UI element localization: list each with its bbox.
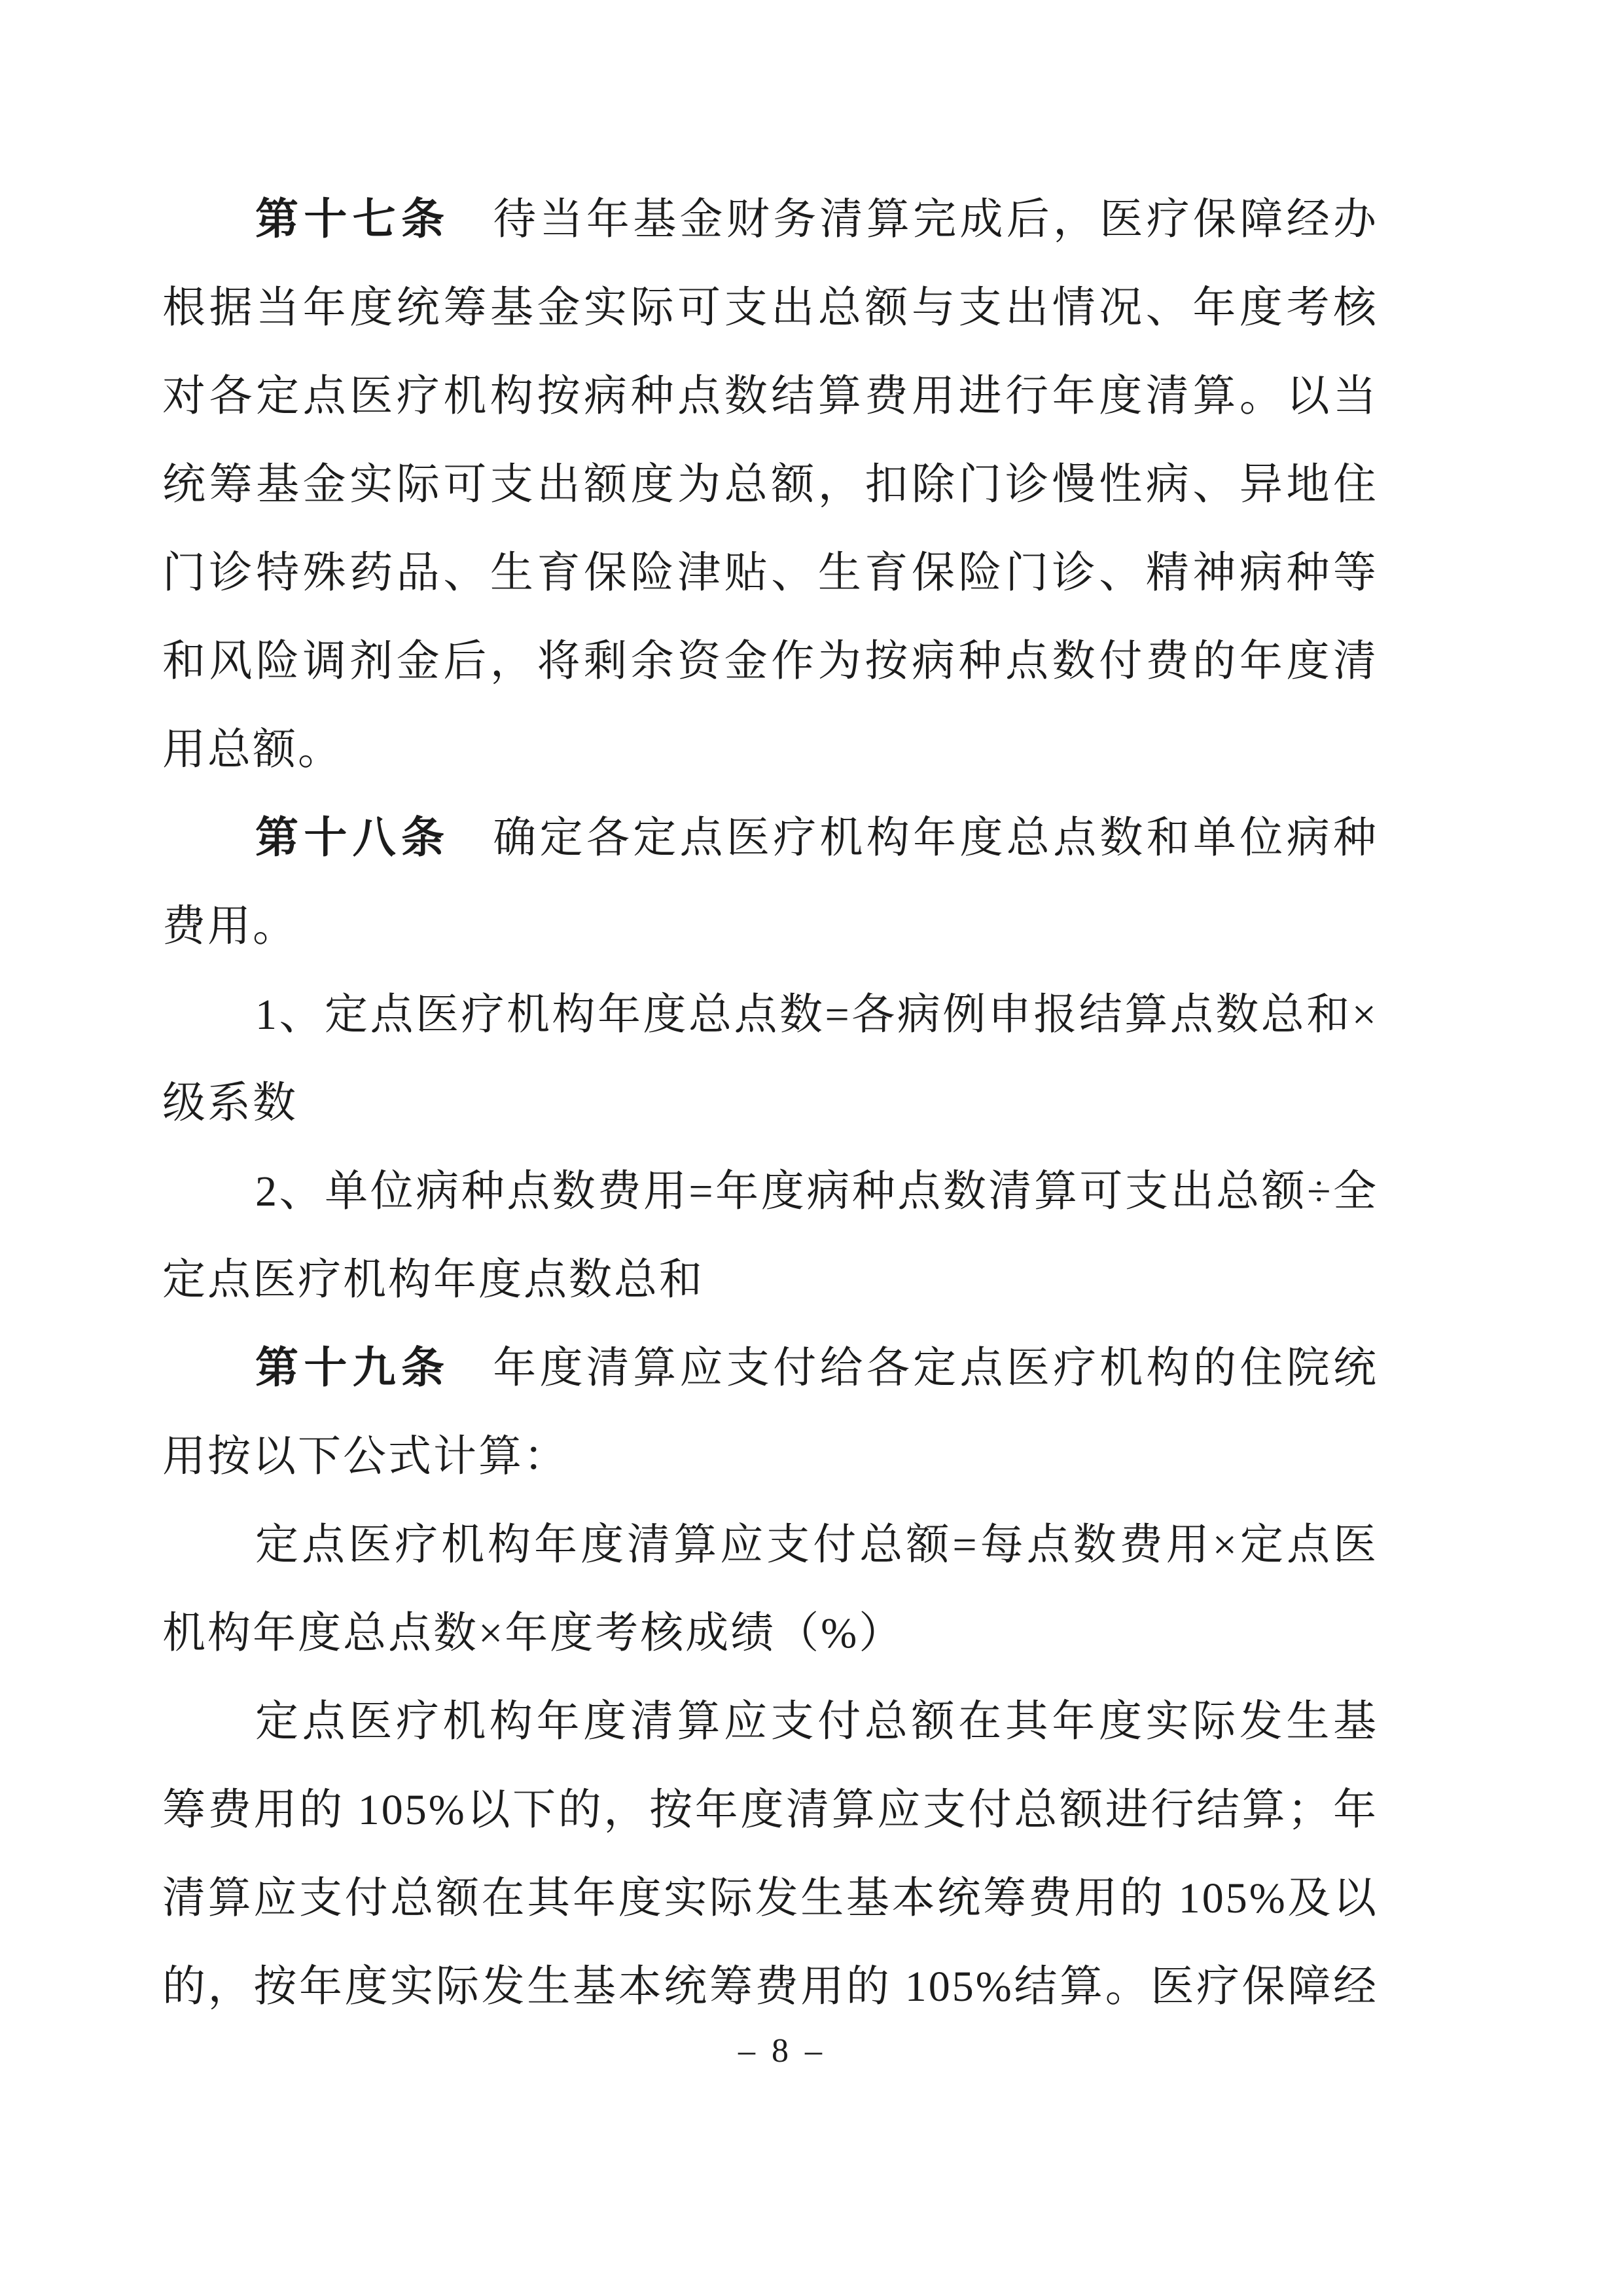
text-line: 2、单位病种点数费用=年度病种点数清算可支出总额÷全市 (162, 1147, 1378, 1236)
text-line: 统筹基金实际可支出额度为总额，扣除门诊慢性病、异地住院、 (162, 440, 1378, 529)
text-line: 定点医疗机构年度清算应支付总额=每点数费用×定点医疗 (162, 1501, 1378, 1589)
text-line: 1、定点医疗机构年度总点数=各病例申报结算点数总和×等 (162, 971, 1378, 1059)
text-line: 的，按年度实际发生基本统筹费用的 105%结算。医疗保障经办 (162, 1943, 1378, 2031)
text-line: 费用。 (162, 882, 1378, 971)
text-line: 清算应支付总额在其年度实际发生基本统筹费用的 105%及以上 (162, 1854, 1378, 1943)
text-line: 筹费用的 105%以下的，按年度清算应支付总额进行结算；年度 (162, 1766, 1378, 1854)
text-line: 第十七条待当年基金财务清算完成后，医疗保障经办机构 (162, 175, 1378, 264)
page-number: – 8 – (0, 2032, 1564, 2071)
article-number: 第十九条 (255, 1344, 450, 1392)
article-number: 第十七条 (255, 196, 450, 243)
text-line: 定点医疗机构年度清算应支付总额在其年度实际发生基本统 (162, 1677, 1378, 1766)
text-line: 用总额。 (162, 706, 1378, 794)
document-page: 第十七条待当年基金财务清算完成后，医疗保障经办机构 根据当年度统筹基金实际可支出… (0, 0, 1623, 2296)
text-line: 和风险调剂金后，将剩余资金作为按病种点数付费的年度清算可 (162, 617, 1378, 706)
text-line: 用按以下公式计算： (162, 1412, 1378, 1501)
text-line: 第十八条确定各定点医疗机构年度总点数和单位病种点数 (162, 794, 1378, 882)
document-body: 第十七条待当年基金财务清算完成后，医疗保障经办机构 根据当年度统筹基金实际可支出… (162, 175, 1378, 2031)
text-line: 门诊特殊药品、生育保险津贴、生育保险门诊、精神病种等支出 (162, 529, 1378, 617)
text-line: 第十九条年度清算应支付给各定点医疗机构的住院统筹费 (162, 1324, 1378, 1412)
text-line: 对各定点医疗机构按病种点数结算费用进行年度清算。以当年度 (162, 352, 1378, 440)
text-line: 机构年度总点数×年度考核成绩（%） (162, 1589, 1378, 1677)
text-line: 级系数 (162, 1059, 1378, 1147)
article-number: 第十八条 (255, 814, 450, 862)
text-line: 根据当年度统筹基金实际可支出总额与支出情况、年度考核情况 (162, 264, 1378, 352)
text-line: 定点医疗机构年度点数总和 (162, 1236, 1378, 1324)
